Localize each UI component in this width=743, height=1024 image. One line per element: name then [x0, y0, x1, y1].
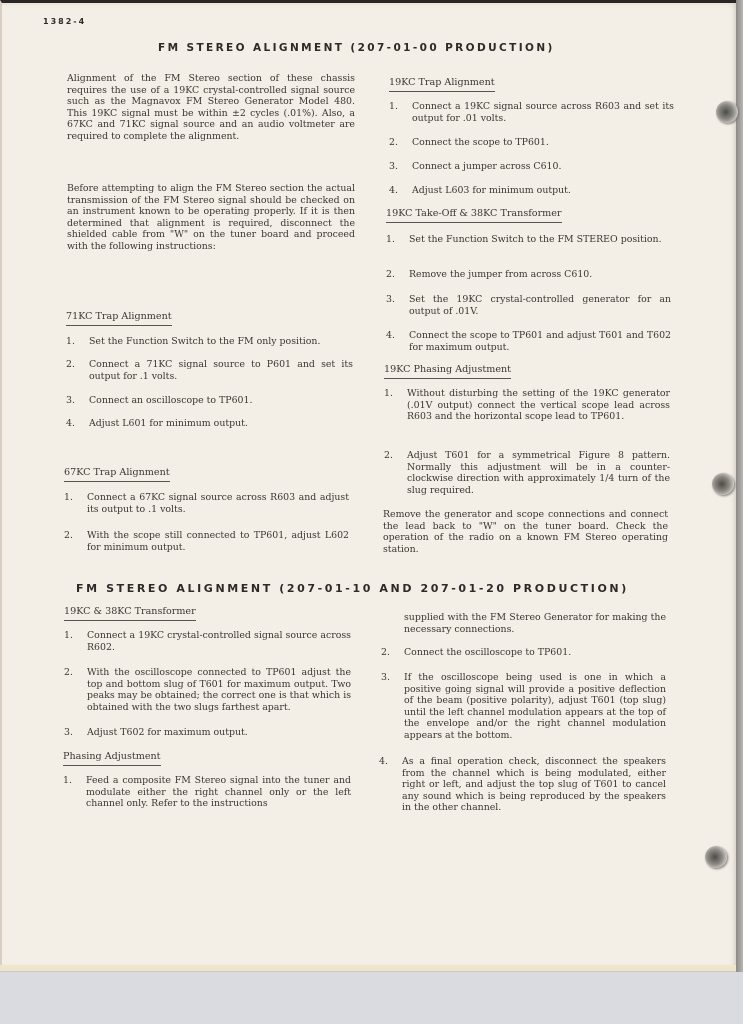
step-number: 2.	[64, 667, 78, 679]
subsection-title-phasing: Phasing Adjustment	[63, 751, 161, 766]
step-number: 4.	[386, 330, 400, 342]
step-number: 2.	[64, 530, 78, 542]
step-number: 1.	[66, 336, 80, 348]
step-text: If the oscilloscope being used is one in…	[404, 672, 666, 742]
step-continuation: supplied with the FM Stereo Generator fo…	[404, 612, 666, 635]
page-number: 1382-4	[43, 17, 86, 26]
step-text: Connect a jumper across C610.	[412, 161, 674, 173]
section-1-title: FM STEREO ALIGNMENT (207-01-00 PRODUCTIO…	[158, 42, 555, 54]
step-text: With the oscilloscope connected to TP601…	[87, 667, 351, 713]
step-text: As a final operation check, disconnect t…	[402, 756, 666, 814]
subsection-title-19kc-phasing: 19KC Phasing Adjustment	[384, 364, 511, 379]
punch-hole-icon	[712, 473, 734, 495]
step-text: Connect a 19KC crystal-controlled signal…	[87, 630, 351, 653]
subsection-title-19kc-trap: 19KC Trap Alignment	[389, 77, 495, 92]
step-text: Set the Function Switch to the FM only p…	[89, 336, 359, 348]
subsection-title-19kc-38kc: 19KC & 38KC Transformer	[64, 606, 196, 621]
step-number: 1.	[63, 775, 77, 787]
page-bottom-edge	[0, 965, 738, 972]
step-number: 3.	[386, 294, 400, 306]
step-text: Feed a composite FM Stereo signal into t…	[86, 775, 351, 810]
step-number: 3.	[381, 672, 395, 684]
closing-paragraph: Remove the generator and scope connectio…	[383, 509, 668, 555]
step-number: 2.	[381, 647, 395, 659]
step-number: 4.	[389, 185, 403, 197]
subsection-title-19kc-takeoff: 19KC Take-Off & 38KC Transformer	[386, 208, 562, 223]
step-text: Adjust L603 for minimum output.	[412, 185, 674, 197]
subsection-title-71kc: 71KC Trap Alignment	[66, 311, 172, 326]
step-text: With the scope still connected to TP601,…	[87, 530, 349, 553]
step-text: Without disturbing the setting of the 19…	[407, 388, 670, 423]
step-text: Remove the jumper from across C610.	[409, 269, 671, 281]
punch-hole-icon	[716, 101, 738, 123]
step-number: 3.	[66, 395, 80, 407]
binding-edge-shadow	[736, 0, 743, 972]
step-text: Connect the oscilloscope to TP601.	[404, 647, 666, 659]
step-number: 2.	[66, 359, 80, 371]
step-number: 1.	[64, 630, 78, 642]
step-text: Set the Function Switch to the FM STEREO…	[409, 234, 671, 246]
section-2-title: FM STEREO ALIGNMENT (207-01-10 AND 207-0…	[76, 582, 629, 595]
intro-paragraph: Before attempting to align the FM Stereo…	[67, 183, 355, 253]
step-number: 4.	[379, 756, 393, 768]
step-number: 1.	[386, 234, 400, 246]
step-number: 2.	[386, 269, 400, 281]
step-number: 1.	[389, 101, 403, 113]
step-text: Connect an oscilloscope to TP601.	[89, 395, 353, 407]
step-number: 2.	[389, 137, 403, 149]
step-number: 3.	[64, 727, 78, 739]
intro-paragraph: Alignment of the FM Stereo section of th…	[67, 73, 355, 143]
step-text: Connect the scope to TP601 and adjust T6…	[409, 330, 671, 353]
step-number: 1.	[384, 388, 398, 400]
subsection-title-67kc: 67KC Trap Alignment	[64, 467, 170, 482]
step-text: Set the 19KC crystal-controlled generato…	[409, 294, 671, 317]
step-text: Connect a 71KC signal source to P601 and…	[89, 359, 353, 382]
step-number: 2.	[384, 450, 398, 462]
step-text: Adjust T601 for a symmetrical Figure 8 p…	[407, 450, 670, 496]
step-text: Connect a 67KC signal source across R603…	[87, 492, 349, 515]
step-number: 3.	[389, 161, 403, 173]
step-number: 1.	[64, 492, 78, 504]
step-text: Adjust T602 for maximum output.	[87, 727, 351, 739]
step-text: Connect a 19KC signal source across R603…	[412, 101, 674, 124]
step-text: Adjust L601 for minimum output.	[89, 418, 353, 430]
punch-hole-icon	[705, 846, 727, 868]
step-number: 4.	[66, 418, 80, 430]
step-text: Connect the scope to TP601.	[412, 137, 674, 149]
